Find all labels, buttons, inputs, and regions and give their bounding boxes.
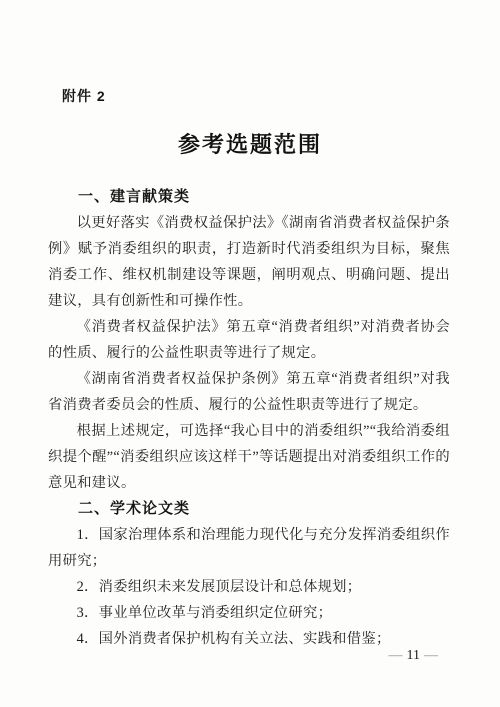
page-number-dash-right: — bbox=[420, 648, 442, 663]
attachment-label: 附件 2 bbox=[62, 86, 106, 106]
paragraph-provincial-regulation: 《湖南省消费者权益保护条例》第五章“消费者组织”对我省消费者委员会的性质、履行的… bbox=[48, 366, 450, 418]
document-page: 附件 2 参考选题范围 一、建言献策类 以更好落实《消费权益保护法》《湖南省消费… bbox=[0, 0, 500, 707]
document-body: 一、建言献策类 以更好落实《消费权益保护法》《湖南省消费者权益保护条例》赋予消委… bbox=[48, 184, 450, 652]
paragraph-national-law: 《消费者权益保护法》第五章“消费者组织”对消费者协会的性质、履行的公益性职责等进… bbox=[48, 314, 450, 366]
section-heading-suggestions: 一、建言献策类 bbox=[48, 184, 450, 210]
list-item-1: 1．国家治理体系和治理能力现代化与充分发挥消委组织作用研究； bbox=[48, 522, 450, 574]
paragraph-overview: 以更好落实《消费权益保护法》《湖南省消费者权益保护条例》赋予消委组织的职责，打造… bbox=[48, 210, 450, 314]
list-item-2: 2．消委组织未来发展顶层设计和总体规划； bbox=[48, 574, 450, 600]
list-item-3: 3．事业单位改革与消委组织定位研究； bbox=[48, 600, 450, 626]
page-number-value: 11 bbox=[407, 648, 420, 663]
page-number: —11— bbox=[385, 648, 442, 664]
section-heading-academic-papers: 二、学术论文类 bbox=[48, 496, 450, 522]
paragraph-topic-suggestions: 根据上述规定，可选择“我心目中的消委组织”“我给消委组织提个醒”“消委组织应该这… bbox=[48, 418, 450, 496]
page-title: 参考选题范围 bbox=[0, 128, 500, 159]
page-number-dash-left: — bbox=[385, 648, 407, 663]
